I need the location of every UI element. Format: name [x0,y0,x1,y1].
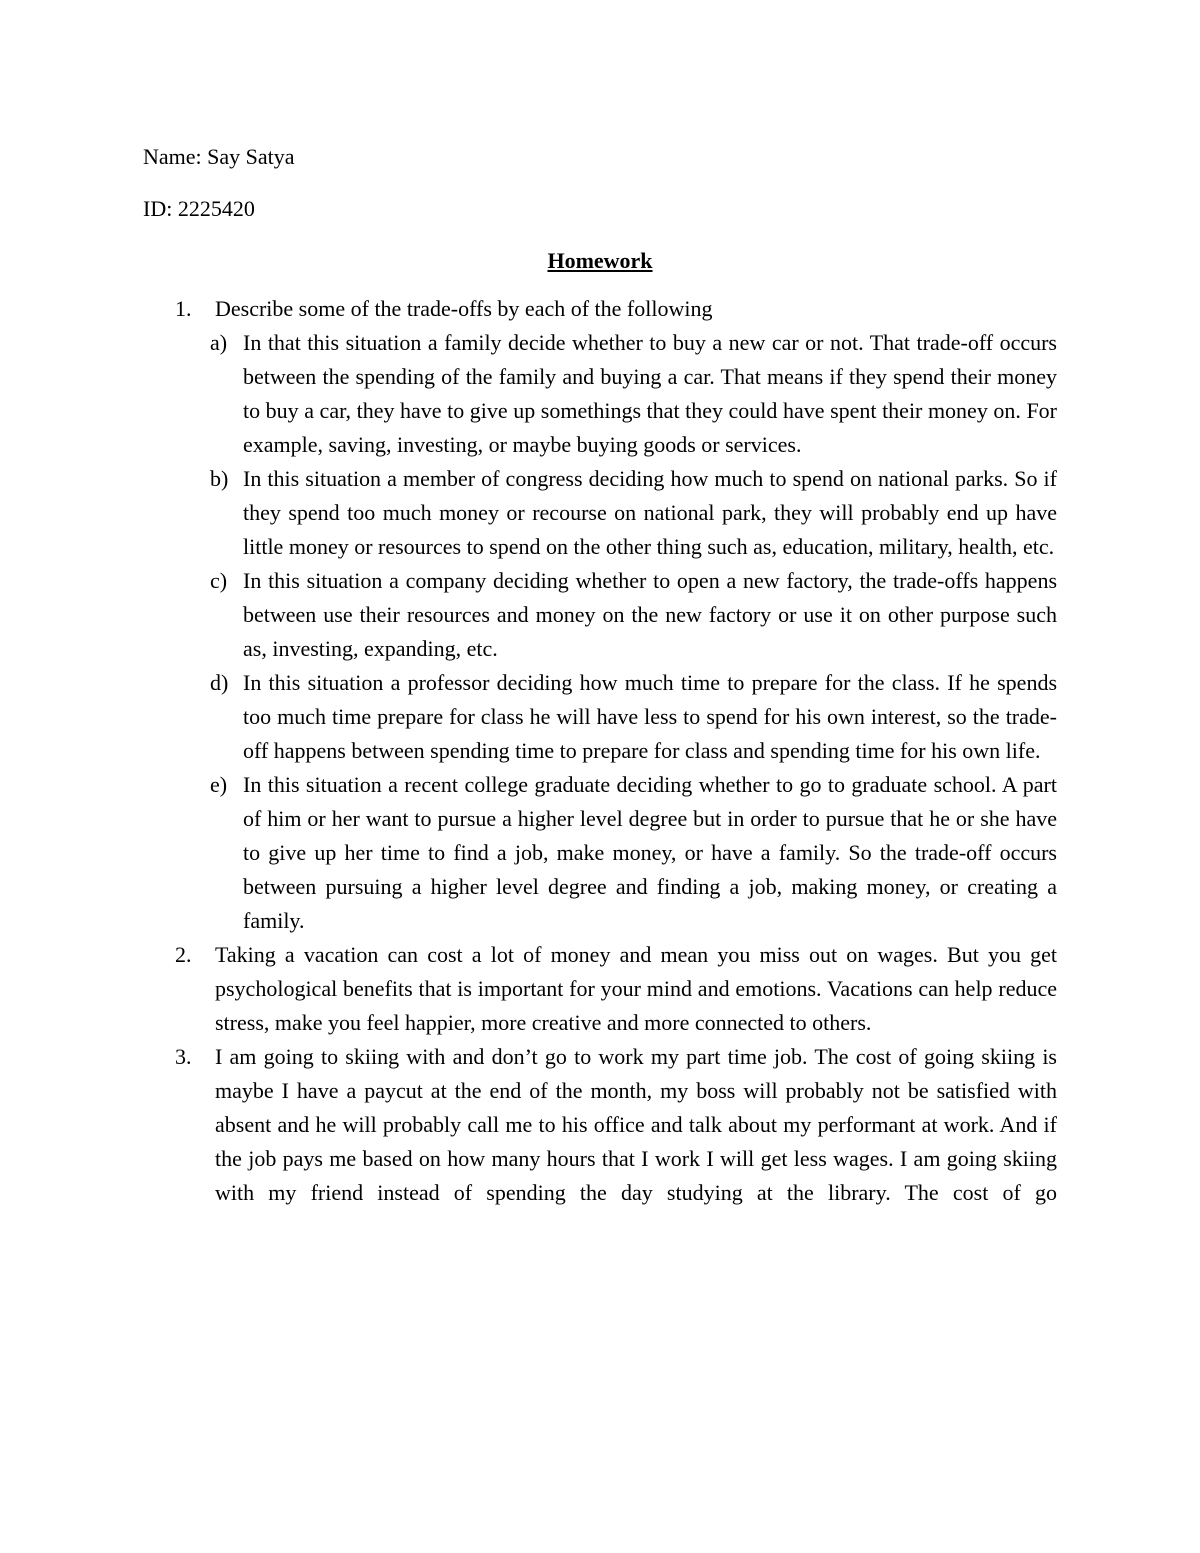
list-item-1: 1. Describe some of the trade-offs by ea… [143,292,1057,326]
list-item-1-text: Describe some of the trade-offs by each … [215,292,1057,326]
list-item-1c-marker: c) [210,564,243,598]
list-item-1e-text: In this situation a recent college gradu… [243,768,1057,938]
list-item-2-marker: 2. [175,938,215,972]
list-item-1a-marker: a) [210,326,243,360]
list-item-1c-text: In this situation a company deciding whe… [243,564,1057,666]
list-item-1d-marker: d) [210,666,243,700]
list-item-3: 3. I am going to skiing with and don’t g… [143,1040,1057,1210]
page-title: Homework [143,244,1057,278]
document-page: Name: Say Satya ID: 2225420 Homework 1. … [0,0,1200,1553]
id-line: ID: 2225420 [143,192,1057,226]
list-item-1c: c) In this situation a company deciding … [143,564,1057,666]
list-item-1-marker: 1. [175,292,215,326]
name-line: Name: Say Satya [143,140,1057,174]
list-item-1b-marker: b) [210,462,243,496]
list-item-2-text: Taking a vacation can cost a lot of mone… [215,938,1057,1040]
list-item-3-text: I am going to skiing with and don’t go t… [215,1040,1057,1210]
list-item-1a-text: In that this situation a family decide w… [243,326,1057,462]
page-title-text: Homework [547,248,652,273]
list-item-1a: a) In that this situation a family decid… [143,326,1057,462]
list-item-1d: d) In this situation a professor decidin… [143,666,1057,768]
homework-list: 1. Describe some of the trade-offs by ea… [143,292,1057,1210]
list-item-1e-marker: e) [210,768,243,802]
list-item-1b-text: In this situation a member of congress d… [243,462,1057,564]
list-item-1b: b) In this situation a member of congres… [143,462,1057,564]
list-item-1d-text: In this situation a professor deciding h… [243,666,1057,768]
list-item-3-marker: 3. [175,1040,215,1074]
list-item-1e: e) In this situation a recent college gr… [143,768,1057,938]
list-item-2: 2. Taking a vacation can cost a lot of m… [143,938,1057,1040]
